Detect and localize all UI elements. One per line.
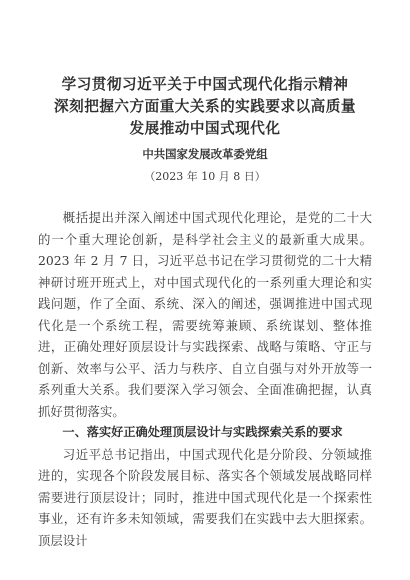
document-title: 学习贯彻习近平关于中国式现代化指示精神 深刻把握六方面重大关系的实践要求以高质量… (38, 74, 372, 140)
document-body: 概括提出并深入阐述中国式现代化理论，是党的二十大的一个重大理论创新，是科学社会主… (38, 207, 372, 551)
title-line-3: 发展推动中国式现代化 (38, 118, 372, 140)
paragraph-2: 习近平总书记指出，中国式现代化是分阶段、分领域推进的，实现各个阶段发展目标、落实… (38, 444, 372, 552)
section-heading-1: 一、落实好正确处理顶层设计与实践探索关系的要求 (38, 422, 372, 444)
title-line-1: 学习贯彻习近平关于中国式现代化指示精神 (38, 74, 372, 96)
document-page: 学习贯彻习近平关于中国式现代化指示精神 深刻把握六方面重大关系的实践要求以高质量… (0, 0, 410, 580)
document-content: 学习贯彻习近平关于中国式现代化指示精神 深刻把握六方面重大关系的实践要求以高质量… (38, 0, 372, 551)
author-line: 中共国家发展改革委党组 (38, 147, 372, 161)
title-line-2: 深刻把握六方面重大关系的实践要求以高质量 (38, 96, 372, 118)
date-line: （2023 年 10 月 8 日） (38, 170, 372, 184)
paragraph-1: 概括提出并深入阐述中国式现代化理论，是党的二十大的一个重大理论创新，是科学社会主… (38, 207, 372, 422)
